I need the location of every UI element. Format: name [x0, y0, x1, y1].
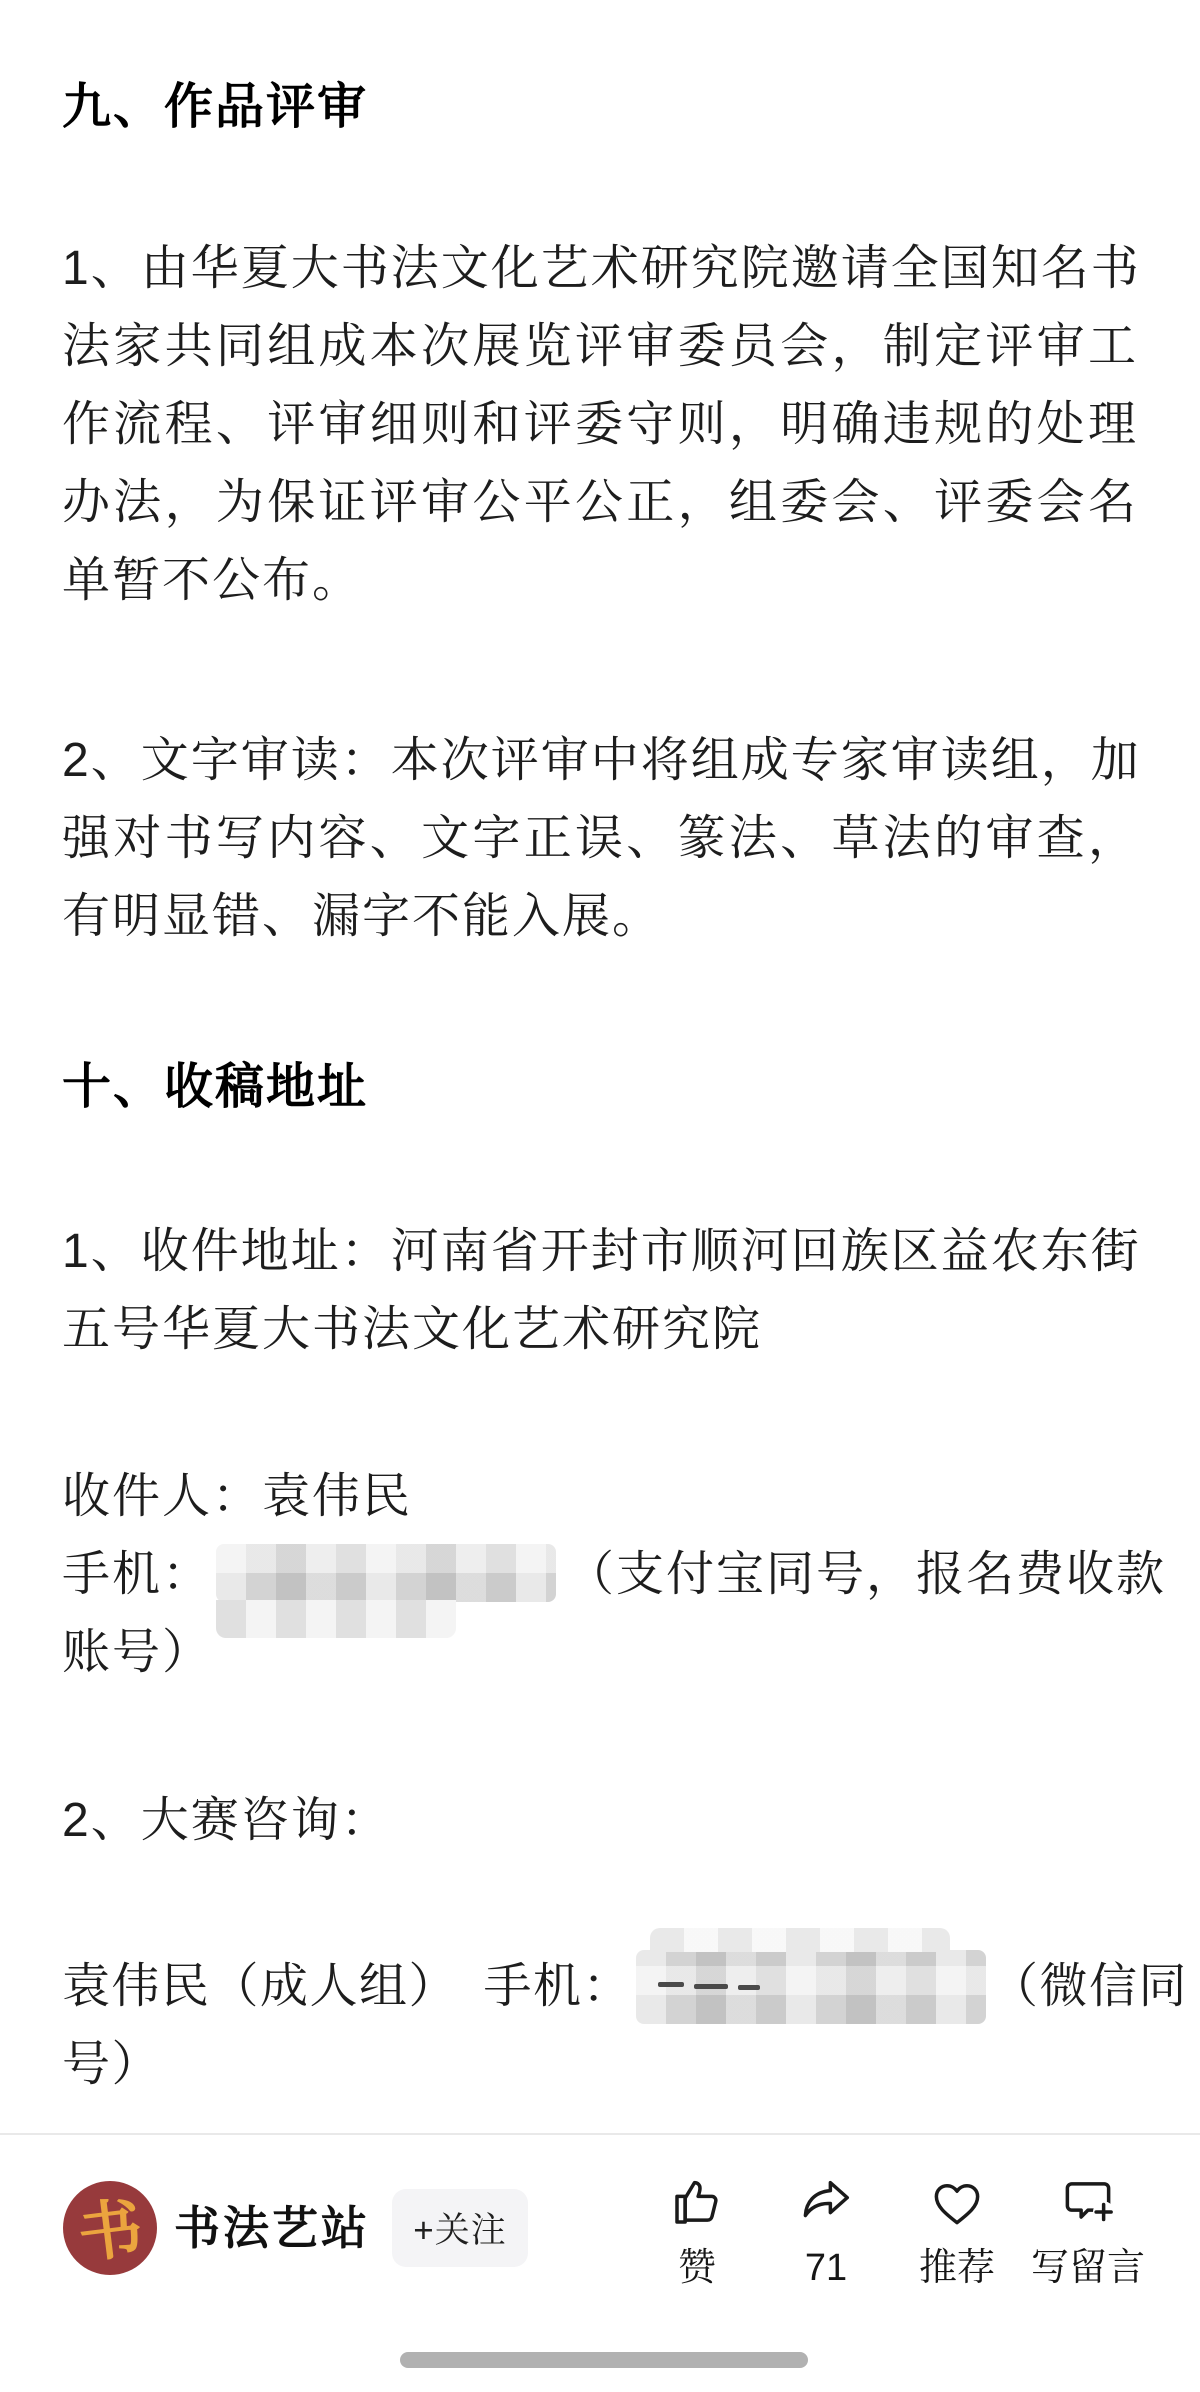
phone-note-wrap: 号） [62, 2038, 161, 2091]
phone-line-2: 袁伟民（成人组） 手机：（微信同 [62, 1948, 1138, 2026]
consult-heading-line: 2、大赛咨询： [62, 1782, 1138, 1860]
phone-note: （支付宝同号，报名费收款 [566, 1548, 1166, 1601]
phone-note: （微信同 [990, 1960, 1188, 2013]
recommend-button[interactable]: 推荐 [892, 2172, 1022, 2312]
thumbs-up-icon [667, 2172, 727, 2232]
text-line: 1、由华夏大书法文化艺术研究院邀请全国知名书 [62, 230, 1138, 308]
paragraph-review-committee: 1、由华夏大书法文化艺术研究院邀请全国知名书 法家共同组成本次展览评审委员会，制… [62, 230, 1138, 620]
like-label: 赞 [678, 2246, 716, 2290]
text-line: 法家共同组成本次展览评审委员会，制定评审工 [62, 308, 1138, 386]
section-heading-10: 十、收稿地址 [62, 1048, 1138, 1126]
write-comment-button[interactable]: 写留言 [1023, 2172, 1153, 2312]
text-line: 有明显错、漏字不能入展。 [62, 878, 1138, 956]
paragraph-contact-adult: 袁伟民（成人组） 手机：（微信同 号） [62, 1948, 1138, 2104]
share-count: 71 [805, 2246, 847, 2290]
share-button[interactable]: 71 [761, 2172, 891, 2312]
write-comment-label: 写留言 [1031, 2246, 1145, 2290]
contact-person: 袁伟民（成人组） 手机： [62, 1960, 632, 2013]
phone-line-2-wrap: 号） [62, 2026, 1138, 2104]
author-name[interactable]: 书法艺站 [174, 2200, 370, 2256]
author-avatar[interactable]: 书 [63, 2181, 157, 2275]
phone-label: 手机： [62, 1548, 212, 1601]
text-line: 单暂不公布。 [62, 542, 1138, 620]
paragraph-consult: 2、大赛咨询： [62, 1782, 1138, 1860]
phone-line-1: 手机：（支付宝同号，报名费收款 [62, 1536, 1138, 1614]
home-indicator[interactable] [400, 2352, 808, 2368]
heart-icon [927, 2172, 987, 2232]
avatar-calligraphy-glyph: 书 [72, 2176, 147, 2275]
text-line: 五号华夏大书法文化艺术研究院 [62, 1291, 1138, 1369]
phone-line-1-wrap: 账号） [62, 1614, 1138, 1692]
like-button[interactable]: 赞 [632, 2172, 762, 2312]
paragraph-recipient: 收件人：袁伟民 手机：（支付宝同号，报名费收款 账号） [62, 1458, 1138, 1692]
mosaic-cap [650, 1928, 950, 1952]
mosaic-artifact [738, 1985, 760, 1990]
share-icon [796, 2172, 856, 2232]
paragraph-mailing-address: 1、收件地址：河南省开封市顺河回族区益农东街 五号华夏大书法文化艺术研究院 [62, 1213, 1138, 1369]
recommend-label: 推荐 [919, 2246, 995, 2290]
text-line: 强对书写内容、文字正误、篆法、草法的审查， [62, 800, 1138, 878]
phone-note-wrap: 账号） [62, 1626, 212, 1679]
text-line: 2、文字审读：本次评审中将组成专家审读组，加 [62, 722, 1138, 800]
footer-divider [0, 2133, 1200, 2135]
comment-plus-icon [1058, 2172, 1118, 2232]
paragraph-text-review: 2、文字审读：本次评审中将组成专家审读组，加 强对书写内容、文字正误、篆法、草法… [62, 722, 1138, 956]
follow-button[interactable]: +关注 [392, 2189, 528, 2267]
text-line: 办法，为保证评审公平公正，组委会、评委会名 [62, 464, 1138, 542]
recipient-name-line: 收件人：袁伟民 [62, 1458, 1138, 1536]
masked-phone-number [636, 1950, 986, 2024]
masked-phone-number [216, 1544, 556, 1602]
text-line: 作流程、评审细则和评委守则，明确违规的处理 [62, 386, 1138, 464]
text-line: 1、收件地址：河南省开封市顺河回族区益农东街 [62, 1213, 1138, 1291]
mosaic-artifact [658, 1982, 684, 1987]
section-heading-9: 九、作品评审 [62, 68, 1138, 146]
mosaic-artifact [694, 1984, 728, 1989]
